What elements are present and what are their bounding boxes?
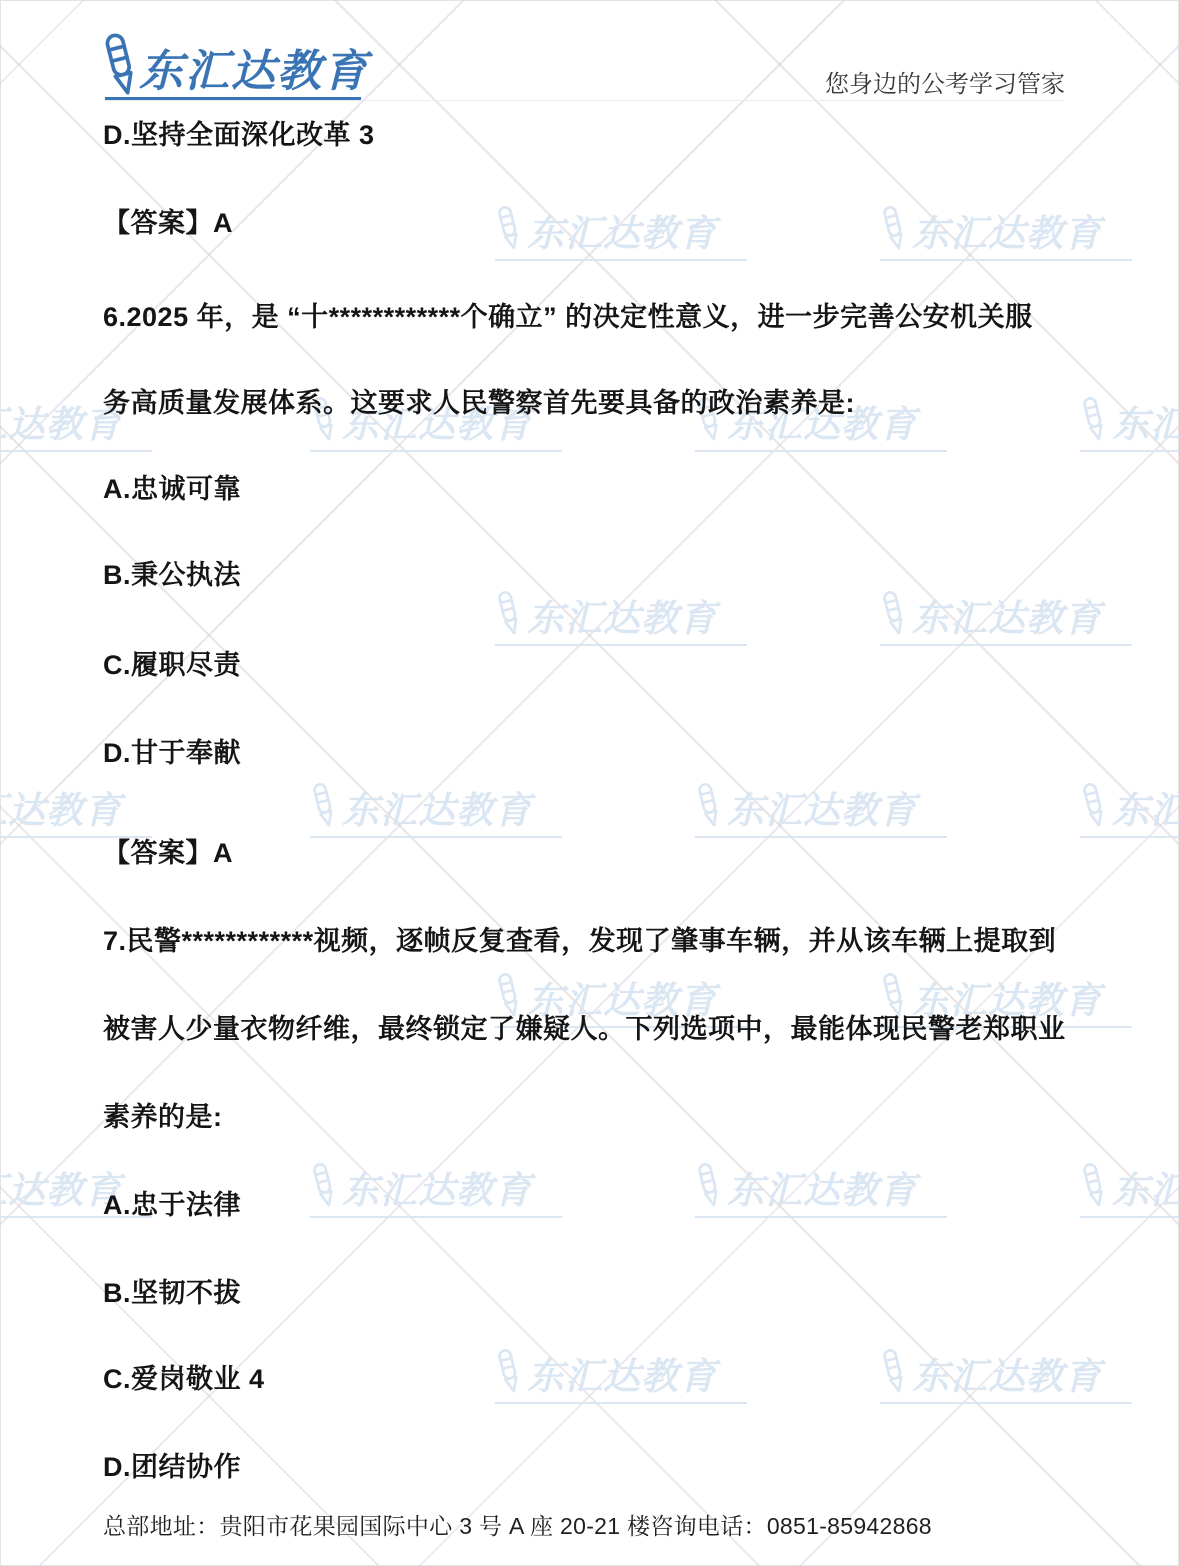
- watermark-text: 东汇达教育: [527, 1358, 717, 1395]
- q6-option-c: C.履职尽责: [103, 648, 241, 682]
- watermark-logo: 东汇达教育: [495, 205, 747, 261]
- pen-icon: [880, 1348, 907, 1395]
- watermark-logo: 东汇达教育: [310, 782, 562, 838]
- logo-underline: [105, 97, 361, 100]
- header-tagline: 您身边的公考学习管家: [825, 64, 1065, 99]
- watermark-logo: 东汇达教育: [880, 1348, 1132, 1404]
- watermark-text: 东汇达教育: [912, 1358, 1102, 1395]
- watermark-logo: 东汇达教育: [695, 782, 947, 838]
- watermark-text: 东汇达教育: [912, 215, 1102, 252]
- watermark-text: 东汇达教育: [1112, 406, 1179, 443]
- watermark-logo: 东汇达教育: [695, 1162, 947, 1218]
- pen-icon: [880, 590, 907, 637]
- watermark-text: 东汇达教育: [1112, 1172, 1179, 1209]
- brand-logo: 东汇达教育: [101, 32, 369, 98]
- watermark-text: 东汇达教育: [1112, 792, 1179, 829]
- q7-stem-line3: 素养的是:: [103, 1100, 223, 1134]
- q7-option-b: B.坚韧不拔: [103, 1276, 241, 1310]
- pen-icon: [1080, 1162, 1107, 1209]
- q7-stem-line2: 被害人少量衣物纤维，最终锁定了嫌疑人。下列选项中，最能体现民警老郑职业: [103, 1012, 1066, 1046]
- pen-icon: [101, 32, 139, 98]
- q6-option-d: D.甘于奉献: [103, 736, 241, 770]
- q7-option-c: C.爱岗敬业 4: [103, 1362, 265, 1396]
- watermark-logo: 东汇达教育: [1080, 396, 1179, 452]
- watermark-logo: 东汇达教育: [880, 205, 1132, 261]
- q5-answer: 【答案】A: [103, 206, 233, 240]
- watermark-logo: 东汇达教育: [310, 1162, 562, 1218]
- q6-stem-line2: 务高质量发展体系。这要求人民警察首先要具备的政治素养是:: [103, 386, 855, 420]
- watermark-logo: 东汇达教育: [1080, 1162, 1179, 1218]
- pen-icon: [880, 205, 907, 252]
- watermark-text: 东汇达教育: [342, 1172, 532, 1209]
- watermark-logo: 东汇达教育: [880, 590, 1132, 646]
- brand-name: 东汇达教育: [139, 47, 369, 98]
- watermark-text: 东汇达教育: [527, 600, 717, 637]
- pen-icon: [695, 782, 722, 829]
- watermark-text: 东汇达教育: [727, 792, 917, 829]
- watermark-logo: 东汇达教育: [495, 590, 747, 646]
- pen-icon: [310, 1162, 337, 1209]
- q7-option-a: A.忠于法律: [103, 1188, 241, 1222]
- pen-icon: [310, 782, 337, 829]
- watermark-text: 东汇达教育: [342, 792, 532, 829]
- watermark-text: 东汇达教育: [727, 1172, 917, 1209]
- watermark-text: 东汇达教育: [912, 600, 1102, 637]
- pen-icon: [495, 590, 522, 637]
- header-divider: [103, 100, 1065, 101]
- q7-option-d: D.团结协作: [103, 1450, 241, 1484]
- q6-stem-line1: 6.2025 年，是 “十************个确立” 的决定性意义，进一步…: [103, 300, 1033, 334]
- document-page: 东汇达教育东汇达教育东汇达教育东汇达教育东汇达教育东汇达教育东汇达教育东汇达教育…: [0, 0, 1179, 1566]
- q6-option-a: A.忠诚可靠: [103, 472, 241, 506]
- footer-address: 总部地址：贵阳市花果园国际中心 3 号 A 座 20-21 楼咨询电话：0851…: [103, 1508, 932, 1541]
- watermark-logo: 东汇达教育: [495, 1348, 747, 1404]
- pen-icon: [1080, 396, 1107, 443]
- watermark-text: 东汇达教育: [527, 215, 717, 252]
- pen-icon: [1080, 782, 1107, 829]
- watermark-logo: 东汇达教育: [0, 782, 152, 838]
- watermark-text: 东汇达教育: [0, 792, 122, 829]
- q7-stem-line1: 7.民警************视频，逐帧反复查看，发现了肇事车辆，并从该车辆上…: [103, 924, 1056, 958]
- page-header: 东汇达教育 您身边的公考学习管家: [0, 0, 1179, 104]
- pen-icon: [695, 1162, 722, 1209]
- q6-answer: 【答案】A: [103, 836, 233, 870]
- q6-option-b: B.秉公执法: [103, 558, 241, 592]
- pen-icon: [495, 205, 522, 252]
- watermark-logo: 东汇达教育: [1080, 782, 1179, 838]
- q5-option-d: D.坚持全面深化改革 3: [103, 118, 375, 152]
- pen-icon: [495, 1348, 522, 1395]
